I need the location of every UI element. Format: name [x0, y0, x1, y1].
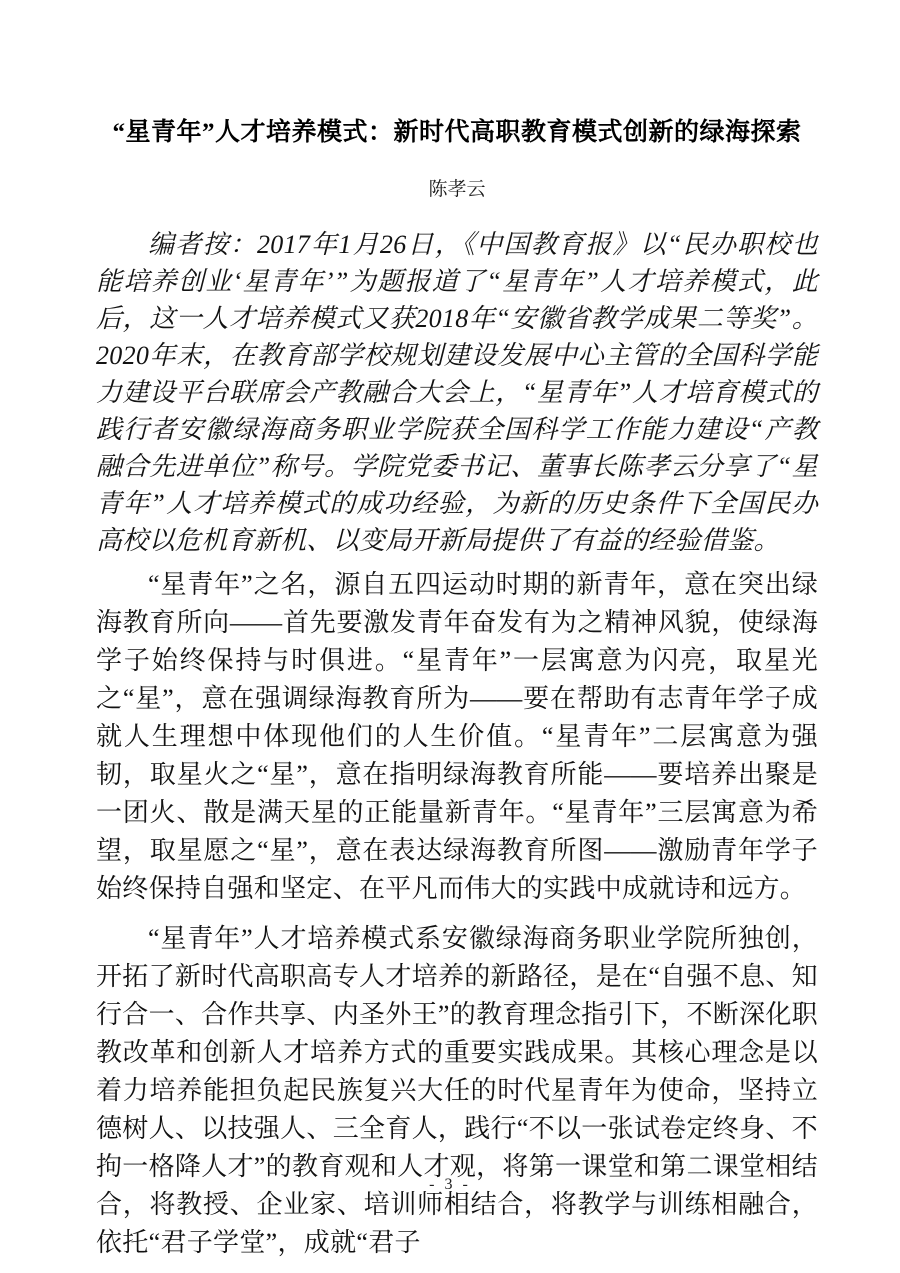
body-paragraph-2: “星青年”人才培养模式系安徽绿海商务职业学院所独创，开拓了新时代高职高专人才培养… — [96, 920, 818, 1262]
document-page: “星青年”人才培养模式：新时代高职教育模式创新的绿海探索 陈孝云 编者按：201… — [0, 0, 900, 1273]
page-number: - 3 - — [0, 1176, 900, 1194]
author-name: 陈孝云 — [96, 174, 818, 201]
document-title: “星青年”人才培养模式：新时代高职教育模式创新的绿海探索 — [96, 116, 818, 149]
editor-note-paragraph: 编者按：2017年1月26日，《中国教育报》以“民办职校也能培养创业‘星青年’”… — [96, 226, 818, 559]
body-paragraph-1: “星青年”之名，源自五四运动时期的新青年，意在突出绿海教育所向——首先要激发青年… — [96, 566, 818, 908]
